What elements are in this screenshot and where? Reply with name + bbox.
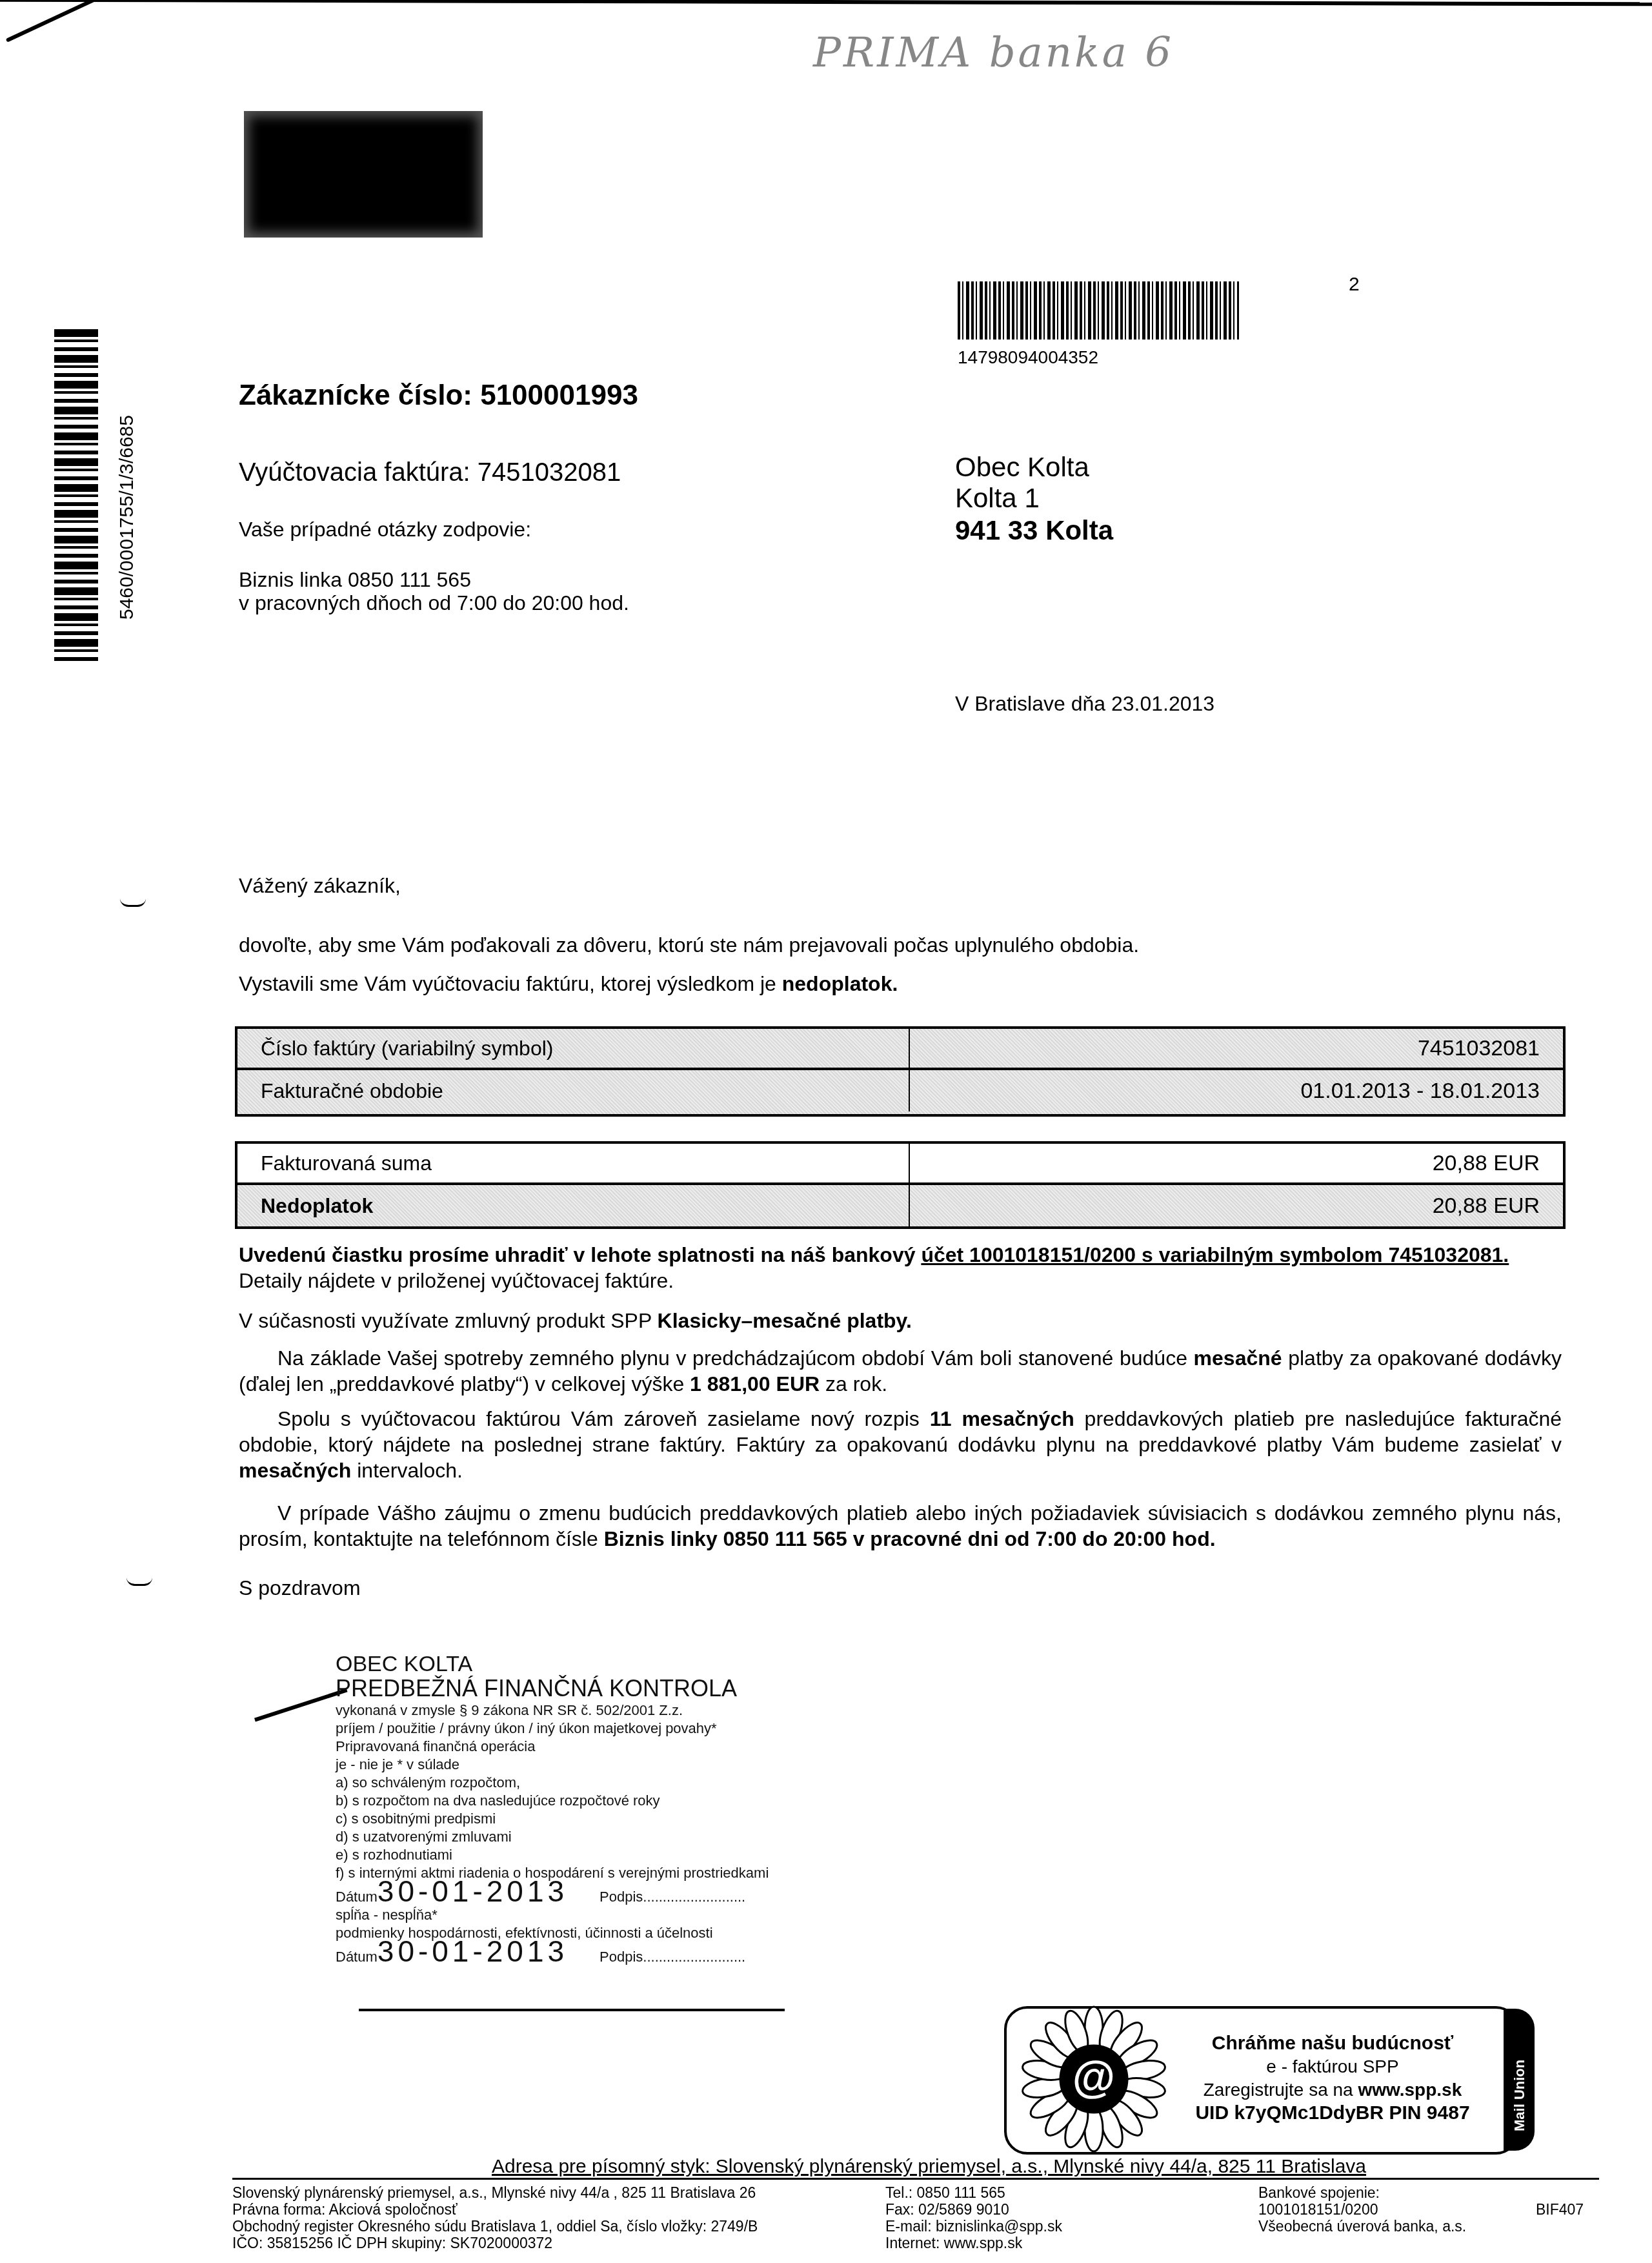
footer-company: Slovenský plynárenský priemysel, a.s., M… — [232, 2184, 758, 2251]
row-label: Číslo faktúry (variabilný symbol) — [237, 1029, 910, 1068]
questions-label: Vaše prípadné otázky zodpovie: — [239, 518, 531, 542]
side-barcode — [54, 329, 98, 665]
recipient-street: Kolta 1 — [955, 483, 1040, 514]
stamp-line: c) s osobitnými predpismi — [336, 1810, 769, 1828]
promo-subtitle: e - faktúrou SPP — [1181, 2055, 1484, 2078]
product-line: V súčasnosti využívate zmluvný produkt S… — [239, 1309, 912, 1333]
stamp-line: b) s rozpočtom na dva nasledujúce rozpoč… — [336, 1792, 769, 1810]
hotline-hours: v pracovných dňoch od 7:00 do 20:00 hod. — [239, 591, 629, 615]
handwritten-note: PRIMA banka 6 — [813, 29, 1174, 77]
stamp-title: OBEC KOLTA — [336, 1652, 769, 1676]
punch-hole-mark — [126, 1578, 152, 1586]
stamp-line: vykonaná v zmysle § 9 zákona NR SR č. 50… — [336, 1701, 769, 1720]
barcode — [958, 281, 1239, 340]
stamp-line: a) so schváleným rozpočtom, — [336, 1774, 769, 1792]
scan-top-edge — [0, 0, 1652, 6]
paragraph-contact: V prípade Vášho záujmu o zmenu budúcich … — [239, 1500, 1562, 1552]
footer-bank: Bankové spojenie: 1001018151/0200 Všeobe… — [1258, 2184, 1466, 2235]
punch-hole-mark — [120, 898, 146, 907]
date-signature-row: Dátum30-01-2013 Podpis..................… — [336, 1942, 769, 1966]
stamp-line: spĺňa - nespĺňa* — [336, 1906, 769, 1924]
hotline-number: Biznis linka 0850 111 565 — [239, 568, 471, 592]
financial-control-stamp: OBEC KOLTA PREDBEŽNÁ FINANČNÁ KONTROLA v… — [336, 1652, 769, 1966]
closing: S pozdravom — [239, 1576, 361, 1600]
footer-divider — [232, 2178, 1599, 2180]
stamp-line: e) s rozhodnutiami — [336, 1846, 769, 1864]
stamp-line: príjem / použitie / právny úkon / iný úk… — [336, 1720, 769, 1738]
handwritten-checkmark — [242, 1651, 347, 1721]
stamp-line: Pripravovaná finančná operácia — [336, 1738, 769, 1756]
stamp-line: d) s uzatvorenými zmluvami — [336, 1828, 769, 1846]
page-number: 2 — [1349, 274, 1360, 296]
recipient-name: Obec Kolta — [955, 452, 1089, 483]
thanks-paragraph: dovoľte, aby sme Vám poďakovali za dôver… — [239, 933, 1139, 957]
form-code: BIF407 — [1536, 2201, 1584, 2218]
row-label: Fakturačné obdobie — [237, 1070, 910, 1111]
stamped-date: 30-01-2013 — [378, 1874, 568, 1908]
website-link[interactable]: Internet: www.spp.sk — [885, 2235, 1062, 2251]
payment-instruction: Uvedenú čiastku prosíme uhradiť v lehote… — [239, 1243, 1509, 1267]
table-row: Nedoplatok 20,88 EUR — [237, 1185, 1563, 1226]
promo-credentials: UID k7yQMc1DdyBR PIN 9487 — [1181, 2102, 1484, 2125]
email-link[interactable]: E-mail: biznislinka@spp.sk — [885, 2218, 1062, 2235]
table-row: Fakturačné obdobie 01.01.2013 - 18.01.20… — [237, 1070, 1563, 1111]
payment-details: Detaily nájdete v priloženej vyúčtovacej… — [239, 1269, 674, 1293]
row-value: 20,88 EUR — [910, 1185, 1563, 1226]
invoice-number: Vyúčtovacia faktúra: 7451032081 — [239, 458, 621, 487]
invoice-info-table: Číslo faktúry (variabilný symbol) 745103… — [235, 1026, 1566, 1117]
at-sign-flower-icon: @ — [1020, 2005, 1168, 2153]
paragraph-advance-payments: Na základe Vašej spotreby zemného plynu … — [239, 1345, 1562, 1397]
promo-title: Chráňme našu budúcnosť — [1181, 2032, 1484, 2055]
amount-table: Fakturovaná suma 20,88 EUR Nedoplatok 20… — [235, 1141, 1566, 1229]
result-paragraph: Vystavili sme Vám vyúčtovaciu faktúru, k… — [239, 972, 898, 996]
stamp-line: je - nie je * v súlade — [336, 1756, 769, 1774]
pen-mark — [6, 0, 142, 43]
customer-number: Zákaznícke číslo: 5100001993 — [239, 380, 638, 412]
place-date: V Bratislave dňa 23.01.2013 — [955, 692, 1214, 716]
row-value: 20,88 EUR — [910, 1144, 1563, 1182]
greeting: Vážený zákazník, — [239, 874, 401, 898]
spp-link[interactable]: www.spp.sk — [1358, 2080, 1462, 2100]
svg-text:@: @ — [1073, 2053, 1115, 2102]
side-code: 5460/0001755/1/3/6685 — [116, 415, 138, 620]
date-signature-row: Dátum30-01-2013 Podpis..................… — [336, 1882, 769, 1906]
row-value: 7451032081 — [910, 1029, 1563, 1068]
barcode-number: 14798094004352 — [958, 347, 1098, 368]
mail-union-tab: Mail Union — [1504, 2009, 1535, 2151]
footer-contact: Tel.: 0850 111 565 Fax: 02/5869 9010 E-m… — [885, 2184, 1062, 2251]
stamped-date: 30-01-2013 — [378, 1934, 568, 1968]
postal-address: Adresa pre písomný styk: Slovenský plyná… — [492, 2156, 1366, 2178]
table-row: Číslo faktúry (variabilný symbol) 745103… — [237, 1029, 1563, 1070]
row-label: Nedoplatok — [237, 1185, 910, 1226]
row-value: 01.01.2013 - 18.01.2013 — [910, 1070, 1563, 1111]
promo-text: Chráňme našu budúcnosť e - faktúrou SPP … — [1181, 2032, 1484, 2125]
table-row: Fakturovaná suma 20,88 EUR — [237, 1144, 1563, 1185]
row-label: Fakturovaná suma — [237, 1144, 910, 1182]
promo-register: Zaregistrujte sa na www.spp.sk — [1181, 2078, 1484, 2102]
stamp-underline — [359, 2009, 785, 2011]
paragraph-schedule: Spolu s vyúčtovacou faktúrou Vám zároveň… — [239, 1406, 1562, 1483]
recipient-city: 941 33 Kolta — [955, 515, 1113, 546]
stamp-subtitle: PREDBEŽNÁ FINANČNÁ KONTROLA — [336, 1676, 769, 1701]
redacted-block — [244, 111, 483, 238]
